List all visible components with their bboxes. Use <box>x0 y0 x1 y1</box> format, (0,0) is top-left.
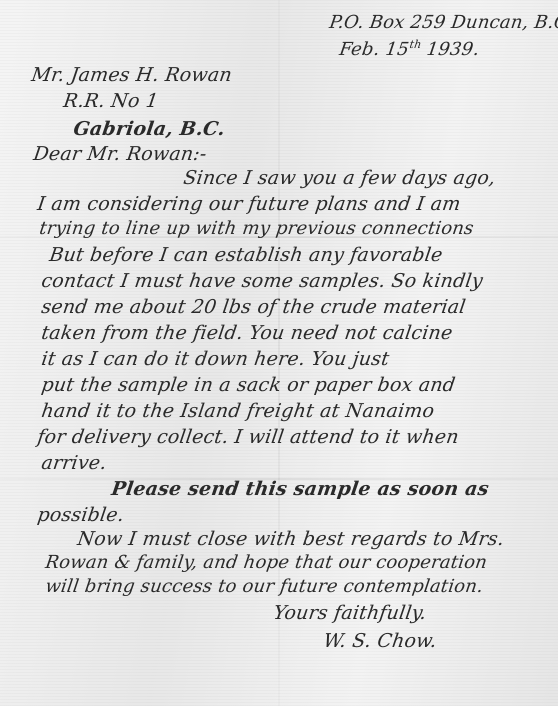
recipient-name: Mr. James H. Rowan <box>30 64 233 86</box>
body-line: possible. <box>36 504 126 526</box>
body-line: contact I must have some samples. So kin… <box>40 270 484 292</box>
body-line: trying to line up with my previous conne… <box>38 218 475 239</box>
signature: W. S. Chow. <box>322 630 438 652</box>
sender-address: P.O. Box 259 Duncan, B.C. <box>328 12 558 33</box>
body-line: send me about 20 lbs of the crude materi… <box>40 296 467 318</box>
body-line: hand it to the Island freight at Nanaimo <box>40 400 436 422</box>
date-suffix: th <box>409 38 423 51</box>
recipient-route: R.R. No 1 <box>62 90 160 112</box>
body-line: arrive. <box>40 452 108 474</box>
body-line: for delivery collect. I will attend to i… <box>36 426 460 448</box>
recipient-place: Gabriola, B.C. <box>72 118 226 140</box>
body-line: Rowan & family, and hope that our cooper… <box>44 552 489 573</box>
letter-page: P.O. Box 259 Duncan, B.C. Feb. 15th 1939… <box>0 0 558 706</box>
body-line: I am considering our future plans and I … <box>36 193 462 215</box>
letter-date: Feb. 15th 1939. <box>338 38 481 60</box>
closing: Yours faithfully. <box>272 602 428 624</box>
date-year: 1939. <box>425 39 480 60</box>
body-line: But before I can establish any favorable <box>48 244 444 266</box>
salutation: Dear Mr. Rowan:- <box>32 143 208 165</box>
date-day: Feb. 15 <box>338 39 410 60</box>
body-line: Please send this sample as soon as <box>110 478 490 500</box>
body-line: Now I must close with best regards to Mr… <box>76 528 506 550</box>
body-line: taken from the field. You need not calci… <box>40 322 454 344</box>
body-line: it as I can do it down here. You just <box>40 348 391 370</box>
body-line: put the sample in a sack or paper box an… <box>40 374 457 396</box>
body-line: Since I saw you a few days ago, <box>182 167 497 189</box>
body-line: will bring success to our future contemp… <box>44 576 485 597</box>
